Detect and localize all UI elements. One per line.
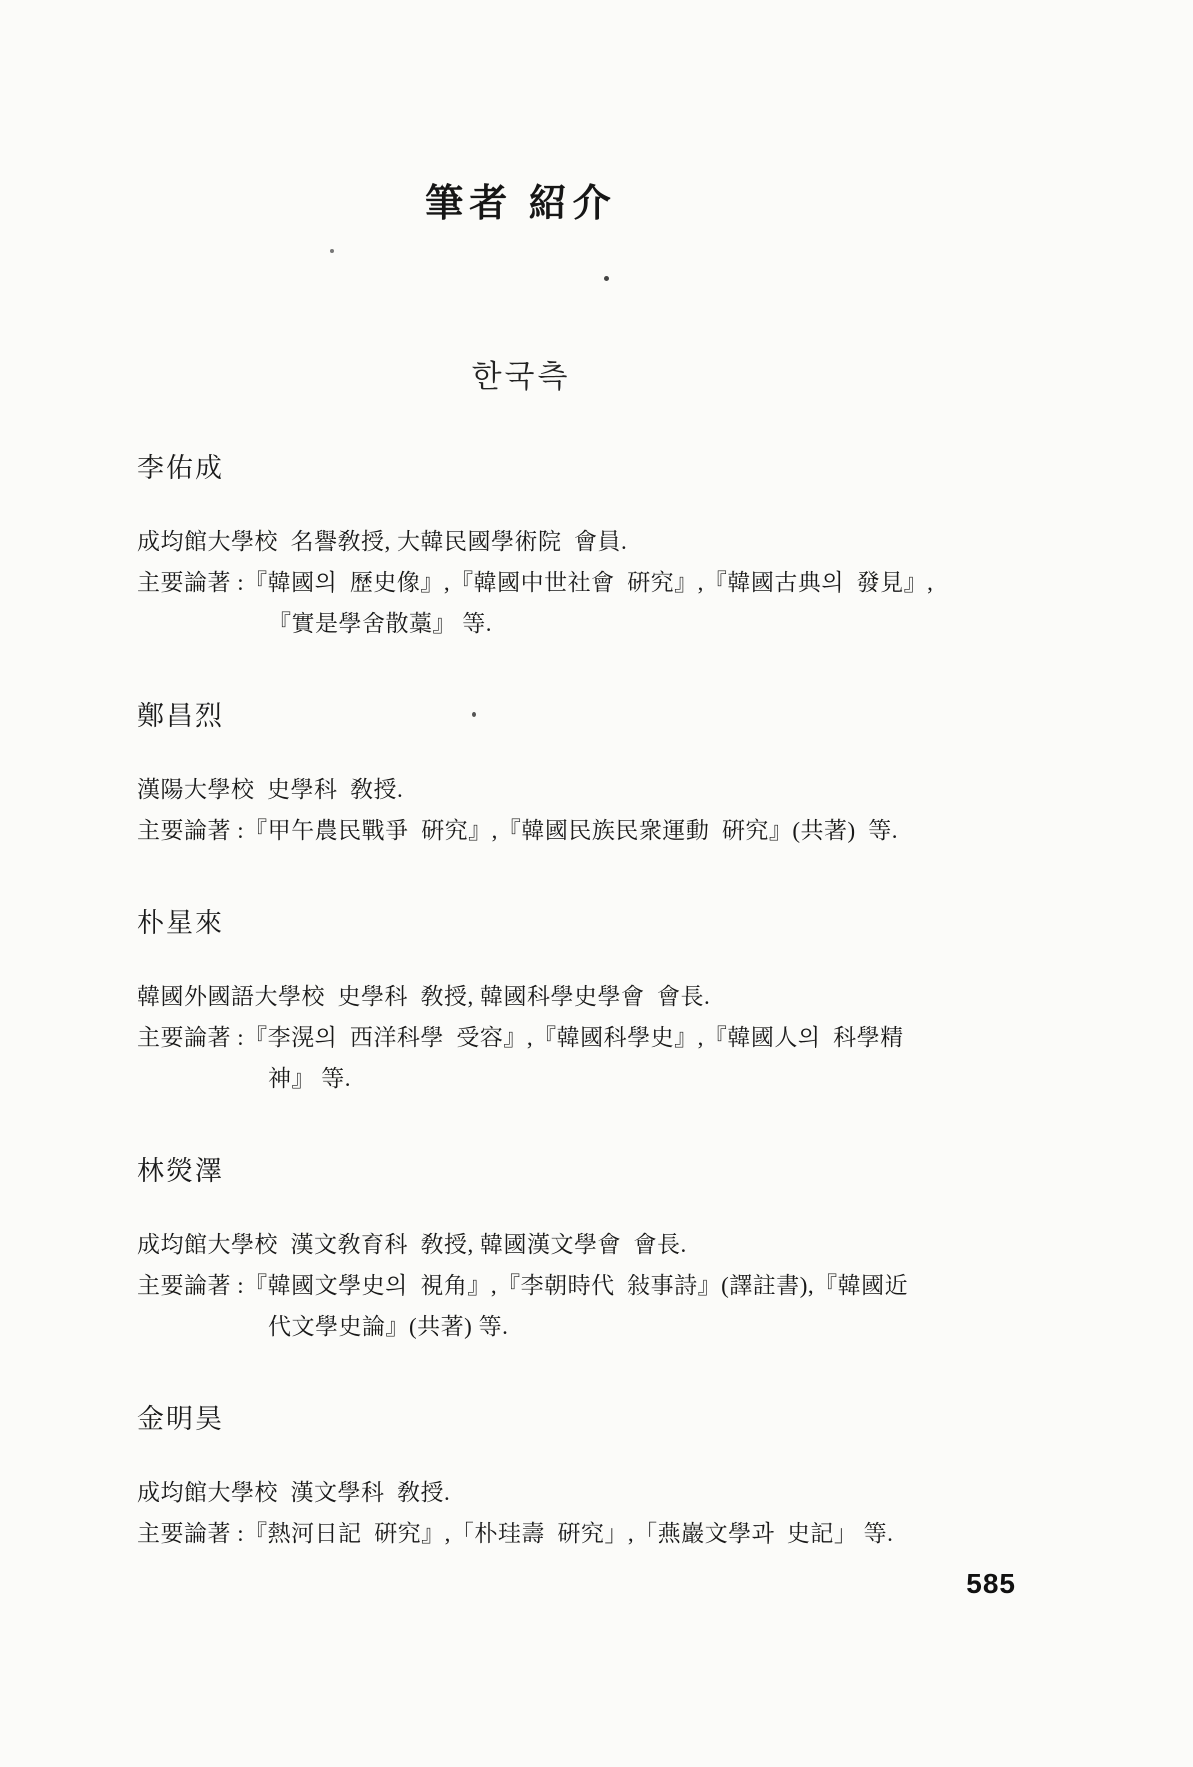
author-name: 金明昊 — [137, 1397, 1070, 1436]
page-number: 585 — [966, 1568, 1016, 1600]
affiliation-line: 韓國外國語大學校 史學科 敎授, 韓國科學史學會 會長. — [137, 976, 1070, 1017]
affiliation-line: 成均館大學校 漢文學科 敎授. — [137, 1472, 1070, 1513]
affiliation-line: 成均館大學校 名譽敎授, 大韓民國學術院 會員. — [137, 521, 1070, 562]
works-line-continuation: 『實是學舍散藁』 等. — [268, 603, 1070, 644]
scan-speck — [330, 249, 334, 253]
works-line: 主要論著 :『熱河日記 硏究』,「朴珪壽 硏究」,「燕巖文學과 史記」 等. — [137, 1513, 1070, 1554]
author-entry: 李佑成 成均館大學校 名譽敎授, 大韓民國學術院 會員. 主要論著 :『韓國의 … — [137, 446, 1070, 644]
author-bio: 漢陽大學校 史學科 敎授. 主要論著 :『甲午農民戰爭 硏究』,『韓國民族民衆運… — [137, 769, 1070, 851]
author-name: 林熒澤 — [137, 1149, 1070, 1188]
affiliation-line: 成均館大學校 漢文敎育科 敎授, 韓國漢文學會 會長. — [137, 1224, 1070, 1265]
works-line: 主要論著 :『李滉의 西洋科學 受容』,『韓國科學史』,『韓國人의 科學精 — [137, 1017, 1070, 1058]
author-name: 鄭昌烈 — [137, 694, 1070, 733]
author-entry: 朴星來 韓國外國語大學校 史學科 敎授, 韓國科學史學會 會長. 主要論著 :『… — [137, 901, 1070, 1099]
works-line-continuation: 代文學史論』(共著) 等. — [268, 1306, 1070, 1347]
author-entry: 鄭昌烈 漢陽大學校 史學科 敎授. 主要論著 :『甲午農民戰爭 硏究』,『韓國民… — [137, 694, 1070, 851]
scan-speck — [472, 712, 476, 717]
author-name: 朴星來 — [137, 901, 1070, 940]
author-bio: 成均館大學校 漢文學科 敎授. 主要論著 :『熱河日記 硏究』,「朴珪壽 硏究」… — [137, 1472, 1070, 1554]
works-line: 主要論著 :『韓國文學史의 視角』,『李朝時代 敍事詩』(譯註書),『韓國近 — [137, 1265, 1070, 1306]
author-bio: 成均館大學校 名譽敎授, 大韓民國學術院 會員. 主要論著 :『韓國의 歷史像』… — [137, 521, 1070, 644]
works-line: 主要論著 :『甲午農民戰爭 硏究』,『韓國民族民衆運動 硏究』(共著) 等. — [137, 810, 1070, 851]
author-name: 李佑成 — [137, 446, 1070, 485]
document-title: 筆者 紹介 — [120, 172, 1070, 227]
author-list: 李佑成 成均館大學校 名譽敎授, 大韓民國學術院 會員. 主要論著 :『韓國의 … — [120, 446, 1070, 1554]
scan-speck — [604, 276, 609, 281]
author-entry: 林熒澤 成均館大學校 漢文敎育科 敎授, 韓國漢文學會 會長. 主要論著 :『韓… — [137, 1149, 1070, 1347]
author-bio: 成均館大學校 漢文敎育科 敎授, 韓國漢文學會 會長. 主要論著 :『韓國文學史… — [137, 1224, 1070, 1347]
author-bio: 韓國外國語大學校 史學科 敎授, 韓國科學史學會 會長. 主要論著 :『李滉의 … — [137, 976, 1070, 1099]
works-line: 主要論著 :『韓國의 歷史像』,『韓國中世社會 硏究』,『韓國古典의 發見』, — [137, 562, 1070, 603]
author-entry: 金明昊 成均館大學校 漢文學科 敎授. 主要論著 :『熱河日記 硏究』,「朴珪壽… — [137, 1397, 1070, 1554]
section-heading-korean-side: 한국측 — [120, 351, 1070, 396]
works-line-continuation: 神』 等. — [268, 1058, 1070, 1099]
document-page: 筆者 紹介 한국측 李佑成 成均館大學校 名譽敎授, 大韓民國學術院 會員. 主… — [120, 0, 1070, 1604]
affiliation-line: 漢陽大學校 史學科 敎授. — [137, 769, 1070, 810]
